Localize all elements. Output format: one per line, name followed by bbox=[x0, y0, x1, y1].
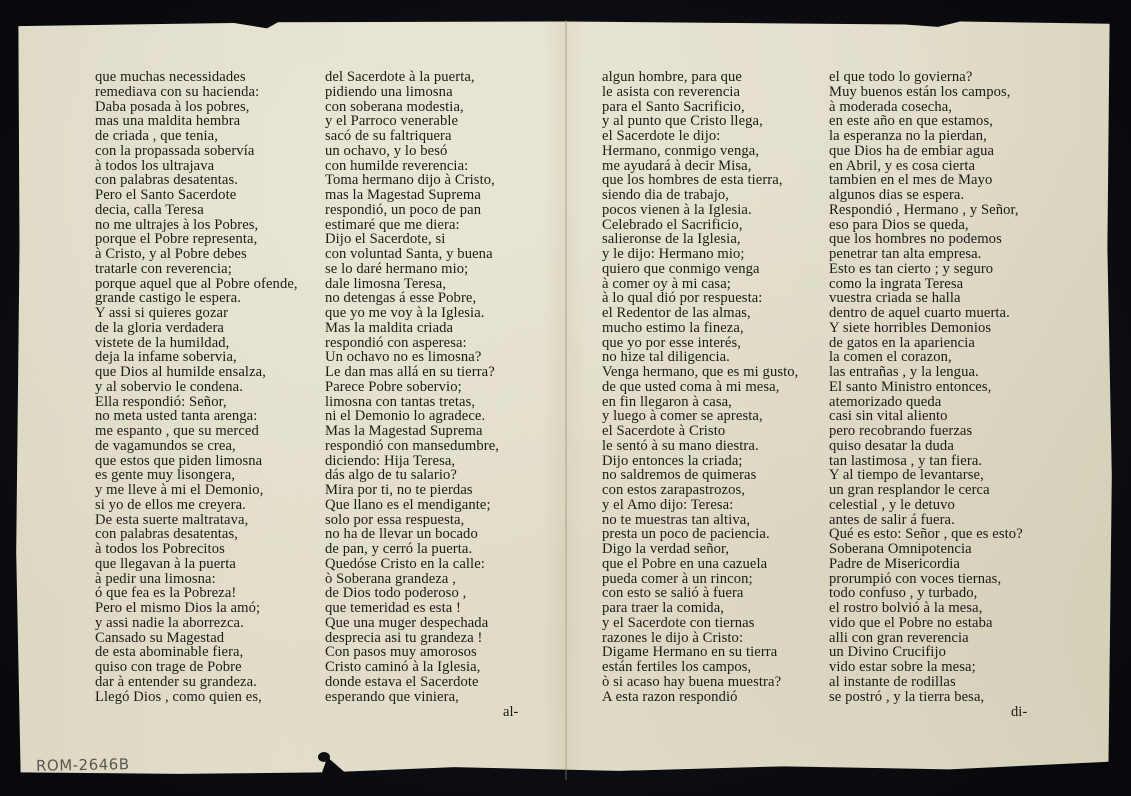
verse-line: De esta suerte maltratava, bbox=[95, 513, 298, 528]
verse-line: Digame Hermano en su tierra bbox=[602, 645, 798, 660]
verse-line: razones le dijo à Cristo: bbox=[602, 631, 798, 646]
verse-line: que temeridad es esta ! bbox=[325, 601, 499, 616]
verse-line: Hermano, conmigo venga, bbox=[602, 144, 798, 159]
verse-line: donde estava el Sacerdote bbox=[325, 675, 499, 690]
verse-line: Pero el mismo Dios la amó; bbox=[95, 601, 298, 616]
text-column-2: del Sacerdote à la puerta,pidiendo una l… bbox=[325, 70, 499, 704]
verse-line: en fin llegaron à casa, bbox=[602, 395, 798, 410]
verse-line: dar à entender su grandeza. bbox=[95, 675, 298, 690]
verse-line: Cansado su Magestad bbox=[95, 631, 298, 646]
verse-line: es gente muy lisongera, bbox=[95, 468, 298, 483]
verse-line: porque el Pobre representa, bbox=[95, 232, 298, 247]
verse-line: no detengas á esse Pobre, bbox=[325, 291, 499, 306]
verse-line: y luego à comer se apresta, bbox=[602, 409, 798, 424]
verse-line: se postró , y la tierra besa, bbox=[829, 690, 1023, 705]
verse-line: diciendo: Hija Teresa, bbox=[325, 454, 499, 469]
verse-line: tratarle con reverencia; bbox=[95, 262, 298, 277]
catchword-right-page: di- bbox=[1011, 704, 1027, 721]
verse-line: están fertiles los campos, bbox=[602, 660, 798, 675]
verse-line: dentro de aquel cuarto muerta. bbox=[829, 306, 1023, 321]
verse-line: celestial , y le detuvo bbox=[829, 498, 1023, 513]
verse-line: Pero el Santo Sacerdote bbox=[95, 188, 298, 203]
verse-line: Y al tiempo de levantarse, bbox=[829, 468, 1023, 483]
verse-line: Daba posada à los pobres, bbox=[95, 100, 298, 115]
verse-line: no ha de llevar un bocado bbox=[325, 527, 499, 542]
verse-line: pueda comer à un rincon; bbox=[602, 572, 798, 587]
verse-line: ò si acaso hay buena muestra? bbox=[602, 675, 798, 690]
verse-line: Ella respondió: Señor, bbox=[95, 395, 298, 410]
verse-line: y le dijo: Hermano mio; bbox=[602, 247, 798, 262]
verse-line: un gran resplandor le cerca bbox=[829, 483, 1023, 498]
verse-line: esperando que viniera, bbox=[325, 690, 499, 705]
verse-line: ó que fea es la Pobreza! bbox=[95, 586, 298, 601]
verse-line: con esto se salió à fuera bbox=[602, 586, 798, 601]
verse-line: al instante de rodillas bbox=[829, 675, 1023, 690]
verse-line: Quedóse Cristo en la calle: bbox=[325, 557, 499, 572]
verse-line: el Sacerdote le dijo: bbox=[602, 129, 798, 144]
verse-line: A esta razon respondió bbox=[602, 690, 798, 705]
verse-line: decia, calla Teresa bbox=[95, 203, 298, 218]
verse-line: para traer la comida, bbox=[602, 601, 798, 616]
verse-line: de gatos en la apariencia bbox=[829, 336, 1023, 351]
verse-line: à todos los ultrajava bbox=[95, 159, 298, 174]
text-column-1: que muchas necessidadesremediava con su … bbox=[95, 70, 298, 704]
verse-line: me ayudará à decir Misa, bbox=[602, 159, 798, 174]
verse-line: à comer oy à mi casa; bbox=[602, 277, 798, 292]
verse-line: que los hombres de esta tierra, bbox=[602, 173, 798, 188]
verse-line: Le dan mas allá en su tierra? bbox=[325, 365, 499, 380]
verse-line: solo por essa respuesta, bbox=[325, 513, 499, 528]
verse-line: Mira por ti, no te pierdas bbox=[325, 483, 499, 498]
verse-line: respondió con asperesa: bbox=[325, 336, 499, 351]
verse-line: que yo por esse interés, bbox=[602, 336, 798, 351]
verse-line: Con pasos muy amorosos bbox=[325, 645, 499, 660]
verse-line: limosna con tantas tretas, bbox=[325, 395, 499, 410]
verse-line: dale limosna Teresa, bbox=[325, 277, 499, 292]
verse-line: deja la infame sobervia, bbox=[95, 350, 298, 365]
verse-line: las entrañas , y la lengua. bbox=[829, 365, 1023, 380]
verse-line: porque aquel que al Pobre ofende, bbox=[95, 277, 298, 292]
verse-line: que el Pobre en una cazuela bbox=[602, 557, 798, 572]
verse-line: vuestra criada se halla bbox=[829, 291, 1023, 306]
verse-line: de que usted coma à mi mesa, bbox=[602, 380, 798, 395]
verse-line: respondió, un poco de pan bbox=[325, 203, 499, 218]
verse-line: no meta usted tanta arenga: bbox=[95, 409, 298, 424]
verse-line: pero recobrando fuerzas bbox=[829, 424, 1023, 439]
verse-line: se lo daré hermano mio; bbox=[325, 262, 499, 277]
verse-line: que Dios ha de embiar agua bbox=[829, 144, 1023, 159]
verse-line: Mas la Magestad Suprema bbox=[325, 424, 499, 439]
verse-line: dás algo de tu salario? bbox=[325, 468, 499, 483]
verse-line: sacó de su faltriquera bbox=[325, 129, 499, 144]
verse-line: penetrar tan alta empresa. bbox=[829, 247, 1023, 262]
verse-line: todo confuso , y turbado, bbox=[829, 586, 1023, 601]
text-column-3: algun hombre, para quele asista con reve… bbox=[602, 70, 798, 704]
verse-line: algun hombre, para que bbox=[602, 70, 798, 85]
verse-line: que Dios al humilde ensalza, bbox=[95, 365, 298, 380]
verse-line: Cristo caminó à la Iglesia, bbox=[325, 660, 499, 675]
verse-line: Toma hermano dijo à Cristo, bbox=[325, 173, 499, 188]
verse-line: desprecia asi tu grandeza ! bbox=[325, 631, 499, 646]
verse-line: à moderada cosecha, bbox=[829, 100, 1023, 115]
verse-line: que estos que piden limosna bbox=[95, 454, 298, 469]
verse-line: eso para Dios se queda, bbox=[829, 218, 1023, 233]
verse-line: Qué es esto: Señor , que es esto? bbox=[829, 527, 1023, 542]
verse-line: presta un poco de paciencia. bbox=[602, 527, 798, 542]
verse-line: casi sin vital aliento bbox=[829, 409, 1023, 424]
verse-line: pidiendo una limosna bbox=[325, 85, 499, 100]
verse-line: con estos zarapastrozos, bbox=[602, 483, 798, 498]
verse-line: Respondió , Hermano , y Señor, bbox=[829, 203, 1023, 218]
verse-line: de pan, y cerró la puerta. bbox=[325, 542, 499, 557]
verse-line: antes de salir á fuera. bbox=[829, 513, 1023, 528]
verse-line: à todos los Pobrecitos bbox=[95, 542, 298, 557]
verse-line: con palabras desatentas, bbox=[95, 527, 298, 542]
verse-line: no te muestras tan altiva, bbox=[602, 513, 798, 528]
catchword-left-page: al- bbox=[503, 704, 518, 721]
verse-line: Dijo el Sacerdote, si bbox=[325, 232, 499, 247]
verse-line: y me lleve à mi el Demonio, bbox=[95, 483, 298, 498]
verse-line: vido que el Pobre no estaba bbox=[829, 616, 1023, 631]
verse-line: Dijo entonces la criada; bbox=[602, 454, 798, 469]
verse-line: y el Sacerdote con tiernas bbox=[602, 616, 798, 631]
verse-line: con palabras desatentas. bbox=[95, 173, 298, 188]
verse-line: Venga hermano, que es mi gusto, bbox=[602, 365, 798, 380]
verse-line: Parece Pobre sobervio; bbox=[325, 380, 499, 395]
verse-line: y assi nadie la aborrezca. bbox=[95, 616, 298, 631]
verse-line: mucho estimo la fineza, bbox=[602, 321, 798, 336]
verse-line: tambien en el mes de Mayo bbox=[829, 173, 1023, 188]
verse-line: el Sacerdote à Cristo bbox=[602, 424, 798, 439]
verse-line: remediava con su hacienda: bbox=[95, 85, 298, 100]
verse-line: Padre de Misericordia bbox=[829, 557, 1023, 572]
verse-line: para el Santo Sacrificio, bbox=[602, 100, 798, 115]
verse-line: la comen el corazon, bbox=[829, 350, 1023, 365]
verse-line: salieronse de la Iglesia, bbox=[602, 232, 798, 247]
verse-line: que yo me voy à la Iglesia. bbox=[325, 306, 499, 321]
verse-line: en Abril, y es cosa cierta bbox=[829, 159, 1023, 174]
verse-line: le sentó à su mano diestra. bbox=[602, 439, 798, 454]
verse-line: à lo qual dió por respuesta: bbox=[602, 291, 798, 306]
verse-line: y al punto que Cristo llega, bbox=[602, 114, 798, 129]
verse-line: pocos vienen à la Iglesia. bbox=[602, 203, 798, 218]
verse-line: Que una muger despechada bbox=[325, 616, 499, 631]
verse-line: si yo de ellos me creyera. bbox=[95, 498, 298, 513]
verse-line: y el Parroco venerable bbox=[325, 114, 499, 129]
verse-line: atemorizado queda bbox=[829, 395, 1023, 410]
verse-line: que llegavan à la puerta bbox=[95, 557, 298, 572]
verse-line: estimaré que me diera: bbox=[325, 218, 499, 233]
verse-line: mas la Magestad Suprema bbox=[325, 188, 499, 203]
verse-line: Y siete horribles Demonios bbox=[829, 321, 1023, 336]
verse-line: à Cristo, y al Pobre debes bbox=[95, 247, 298, 262]
verse-line: como la ingrata Teresa bbox=[829, 277, 1023, 292]
verse-line: mas una maldita hembra bbox=[95, 114, 298, 129]
verse-line: grande castigo le espera. bbox=[95, 291, 298, 306]
verse-line: no saldremos de quimeras bbox=[602, 468, 798, 483]
verse-line: que muchas necessidades bbox=[95, 70, 298, 85]
verse-line: no me ultrajes à los Pobres, bbox=[95, 218, 298, 233]
verse-line: con humilde reverencia: bbox=[325, 159, 499, 174]
verse-line: Digo la verdad señor, bbox=[602, 542, 798, 557]
verse-line: Que llano es el mendigante; bbox=[325, 498, 499, 513]
verse-line: tan lastimosa , y tan fiera. bbox=[829, 454, 1023, 469]
verse-line: el rostro bolvió à la mesa, bbox=[829, 601, 1023, 616]
text-column-4: el que todo lo govierna?Muy buenos están… bbox=[829, 70, 1023, 704]
verse-line: con la propassada sobervía bbox=[95, 144, 298, 159]
verse-line: quiso con trage de Pobre bbox=[95, 660, 298, 675]
verse-line: que los hombres no podemos bbox=[829, 232, 1023, 247]
verse-line: de vagamundos se crea, bbox=[95, 439, 298, 454]
verse-line: prorumpió con voces tiernas, bbox=[829, 572, 1023, 587]
verse-line: El santo Ministro entonces, bbox=[829, 380, 1023, 395]
verse-line: me espanto , que su merced bbox=[95, 424, 298, 439]
verse-line: Mas la maldita criada bbox=[325, 321, 499, 336]
verse-line: ò Soberana grandeza , bbox=[325, 572, 499, 587]
verse-line: ni el Demonio lo agradece. bbox=[325, 409, 499, 424]
verse-line: le asista con reverencia bbox=[602, 85, 798, 100]
verse-line: de la gloria verdadera bbox=[95, 321, 298, 336]
center-fold bbox=[565, 20, 567, 780]
verse-line: vido estar sobre la mesa; bbox=[829, 660, 1023, 675]
verse-line: la esperanza no la pierdan, bbox=[829, 129, 1023, 144]
verse-line: algunos dias se espera. bbox=[829, 188, 1023, 203]
verse-line: Llegó Dios , como quien es, bbox=[95, 690, 298, 705]
verse-line: no hize tal diligencia. bbox=[602, 350, 798, 365]
verse-line: y al sobervio le condena. bbox=[95, 380, 298, 395]
verse-line: de esta abominable fiera, bbox=[95, 645, 298, 660]
verse-line: respondió con mansedumbre, bbox=[325, 439, 499, 454]
verse-line: Muy buenos están los campos, bbox=[829, 85, 1023, 100]
shelfmark-label: ROM-2646B bbox=[36, 755, 130, 775]
verse-line: y el Amo dijo: Teresa: bbox=[602, 498, 798, 513]
verse-line: de criada , que tenia, bbox=[95, 129, 298, 144]
verse-line: el que todo lo govierna? bbox=[829, 70, 1023, 85]
verse-line: del Sacerdote à la puerta, bbox=[325, 70, 499, 85]
verse-line: quiso desatar la duda bbox=[829, 439, 1023, 454]
verse-line: vistete de la humildad, bbox=[95, 336, 298, 351]
verse-line: un Divino Crucifijo bbox=[829, 645, 1023, 660]
verse-line: Un ochavo no es limosna? bbox=[325, 350, 499, 365]
paper-hole bbox=[318, 752, 330, 762]
verse-line: con soberana modestia, bbox=[325, 100, 499, 115]
verse-line: Celebrado el Sacrificio, bbox=[602, 218, 798, 233]
verse-line: Esto es tan cierto ; y seguro bbox=[829, 262, 1023, 277]
verse-line: de Dios todo poderoso , bbox=[325, 586, 499, 601]
verse-line: un ochavo, y lo besó bbox=[325, 144, 499, 159]
verse-line: con voluntad Santa, y buena bbox=[325, 247, 499, 262]
verse-line: alli con gran reverencia bbox=[829, 631, 1023, 646]
verse-line: Y assi si quieres gozar bbox=[95, 306, 298, 321]
verse-line: el Redentor de las almas, bbox=[602, 306, 798, 321]
verse-line: en este año en que estamos, bbox=[829, 114, 1023, 129]
verse-line: à pedir una limosna: bbox=[95, 572, 298, 587]
verse-line: quiero que conmigo venga bbox=[602, 262, 798, 277]
verse-line: siendo dia de trabajo, bbox=[602, 188, 798, 203]
verse-line: Soberana Omnipotencia bbox=[829, 542, 1023, 557]
